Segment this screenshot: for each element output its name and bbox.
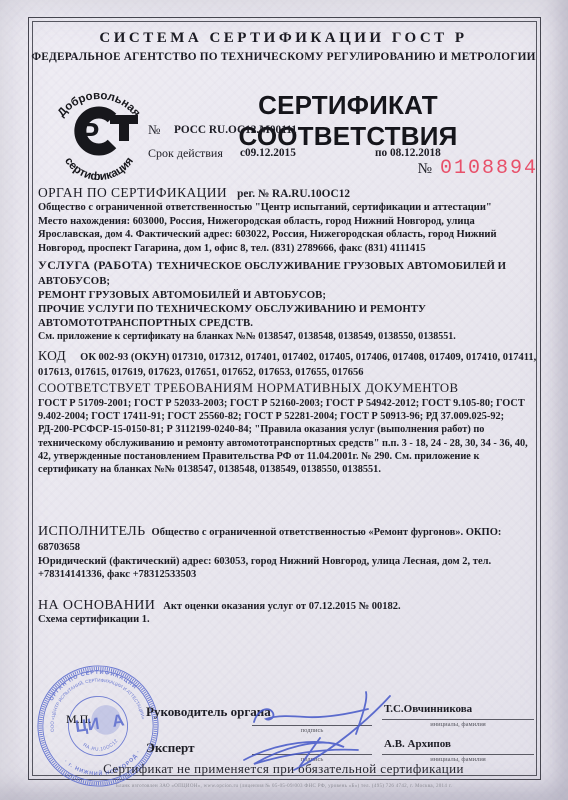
code-heading: КОД [38, 348, 66, 363]
executor-address: Юридический (фактический) адрес: 603053,… [38, 555, 537, 582]
service-line2: РЕМОНТ ГРУЗОВЫХ АВТОМОБИЛЕЙ И АВТОБУСОВ; [38, 288, 537, 302]
head-signature-line [252, 725, 372, 726]
certificate-title: СЕРТИФИКАТ СООТВЕТСТВИЯ [158, 90, 538, 152]
svg-text:RA.RU.10ОС12: RA.RU.10ОС12 [81, 737, 121, 755]
certification-body-heading: ОРГАН ПО СЕРТИФИКАЦИИ [38, 185, 227, 200]
executor-heading: ИСПОЛНИТЕЛЬ [38, 524, 146, 539]
validity-label: Срок действия [148, 146, 223, 161]
service-heading: УСЛУГА (РАБОТА) [38, 258, 153, 272]
blank-number-value: 0108894 [440, 157, 538, 180]
expert-label: Эксперт [146, 740, 194, 756]
head-name-line [382, 719, 534, 720]
basis-text: Акт оценки оказания услуг от 07.12.2015 … [163, 601, 400, 612]
head-name: Т.С.Овчинникова [384, 703, 472, 715]
conformity-heading-row: СООТВЕТСТВУЕТ ТРЕБОВАНИЯМ НОРМАТИВНЫХ ДО… [38, 381, 537, 395]
service-block: УСЛУГА (РАБОТА) ТЕХНИЧЕСКОЕ ОБСЛУЖИВАНИЕ… [38, 258, 537, 344]
svg-text:А: А [111, 710, 126, 730]
blank-numero-sign: № [418, 161, 432, 178]
expert-name: А.В. Архипов [384, 738, 451, 750]
certificate-paper: СИСТЕМА СЕРТИФИКАЦИИ ГОСТ Р ФЕДЕРАЛЬНОЕ … [0, 0, 568, 800]
head-of-body-label: Руководитель органа [146, 704, 271, 720]
head-name-caption: инициалы, фамилия [382, 721, 534, 728]
reg-number-value: РОСС RU.ОС12.М00111 [174, 124, 297, 136]
service-note: См. приложение к сертификату на бланках … [38, 330, 537, 344]
service-line3: ПРОЧИЕ УСЛУГИ ПО ТЕХНИЧЕСКОМУ ОБСЛУЖИВАН… [38, 302, 537, 316]
reg-number-row: № РОСС RU.ОС12.М00111 [0, 122, 568, 140]
code-block: КОДОК 002-93 (ОКУН) 017310, 017312, 0174… [38, 349, 537, 380]
head-signature-caption: подпись [252, 727, 372, 734]
stamp-place-label: М.П. [66, 712, 91, 727]
certification-body-address: Место нахождения: 603000, Россия, Нижего… [38, 215, 537, 255]
basis-block: НА ОСНОВАНИИАкт оценки оказания услуг от… [38, 598, 537, 627]
blank-number: № 0108894 [408, 157, 538, 180]
certification-body-name: Общество с ограниченной ответственностью… [38, 201, 537, 214]
valid-from: с09.12.2015 [240, 147, 296, 159]
basis-scheme: Схема сертификации 1. [38, 613, 537, 626]
basis-heading: НА ОСНОВАНИИ [38, 598, 155, 613]
service-line4: АВТОМОТОТРАНСПОРТНЫХ СРЕДСТВ. [38, 316, 537, 330]
conformity-heading: СООТВЕТСТВУЕТ ТРЕБОВАНИЯМ НОРМАТИВНЫХ ДО… [38, 381, 458, 395]
conformity-standards: ГОСТ Р 51709-2001; ГОСТ Р 52033-2003; ГО… [38, 397, 537, 476]
expert-name-line [382, 754, 534, 755]
executor-block: ИСПОЛНИТЕЛЬОбщество с ограниченной ответ… [38, 524, 537, 582]
blank-fine-print: Бланк изготовлен ЗАО «ОПЦИОН», www.opcio… [0, 784, 568, 789]
system-line: СИСТЕМА СЕРТИФИКАЦИИ ГОСТ Р [28, 30, 539, 47]
agency-line: ФЕДЕРАЛЬНОЕ АГЕНТСТВО ПО ТЕХНИЧЕСКОМУ РЕ… [28, 51, 539, 63]
certification-body-block: ОРГАН ПО СЕРТИФИКАЦИИ рег. № RA.RU.10ОС1… [38, 186, 537, 255]
certification-body-reg: рег. № RA.RU.10ОС12 [237, 188, 350, 200]
expert-signature-line [252, 754, 372, 755]
code-values: ОК 002-93 (ОКУН) 017310, 017312, 017401,… [38, 352, 536, 378]
footer-note: Сертификат не применяется при обязательн… [28, 761, 539, 777]
numero-sign: № [148, 122, 160, 138]
